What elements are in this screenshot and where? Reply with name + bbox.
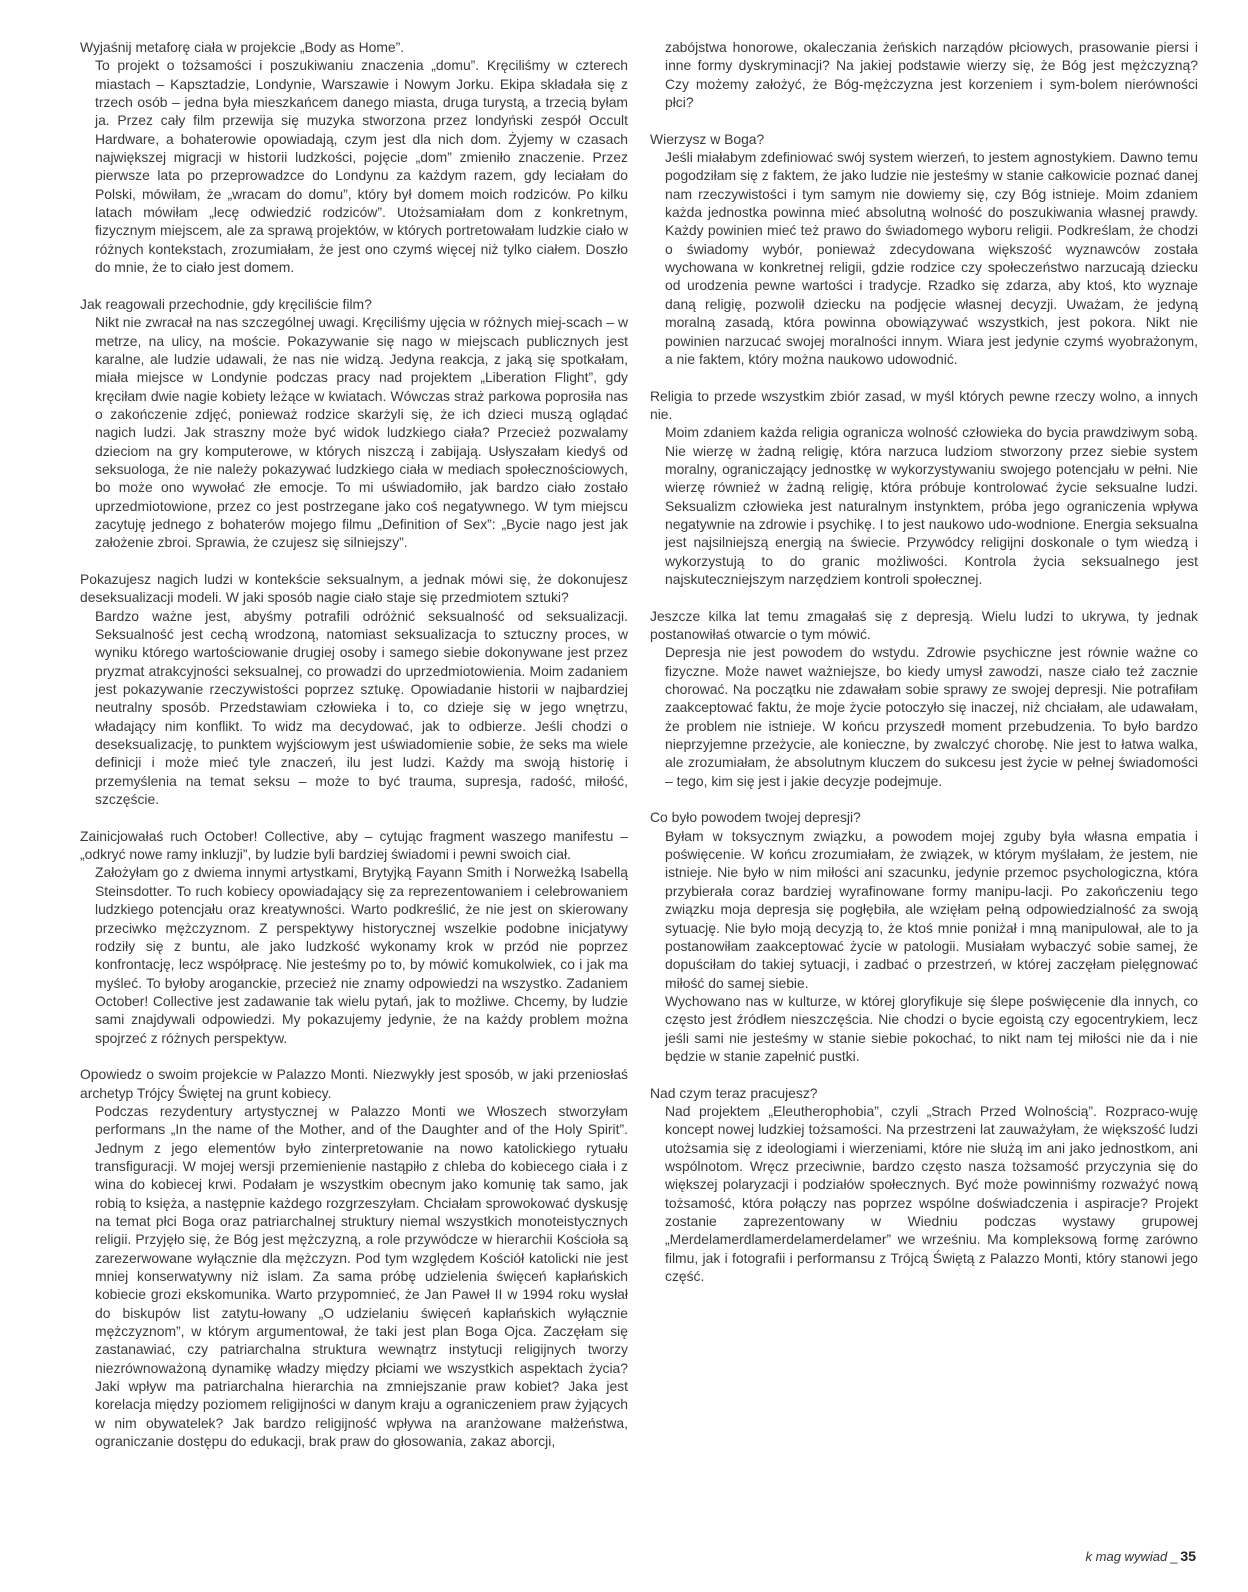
answer: Depresja nie jest powodem do wstydu. Zdr… <box>665 643 1198 790</box>
answer: Jeśli miałabym zdefiniować swój system w… <box>665 148 1198 368</box>
qa-block-desexualization: Pokazujesz nagich ludzi w kontekście sek… <box>80 570 628 808</box>
question: Jeszcze kilka lat temu zmagałaś się z de… <box>650 607 1198 644</box>
qa-block-body-as-home: Wyjaśnij metaforę ciała w projekcie „Bod… <box>80 38 628 276</box>
answer: Bardzo ważne jest, abyśmy potrafili odró… <box>95 607 628 809</box>
qa-block-october-collective: Zainicjowałaś ruch October! Collective, … <box>80 827 628 1047</box>
answer: Założyłam go z dwiema innymi artystkami,… <box>95 863 628 1046</box>
magazine-section-label: k mag wywiad <box>1086 1549 1168 1564</box>
footer-separator: _ <box>1170 1549 1177 1564</box>
question: Jak reagowali przechodnie, gdy kręciliśc… <box>80 295 628 313</box>
question: Wierzysz w Boga? <box>650 130 1198 148</box>
question: Opowiedz o swoim projekcie w Palazzo Mon… <box>80 1065 628 1102</box>
answer: Nad projektem „Eleutherophobia”, czyli „… <box>665 1102 1198 1285</box>
answer: Podczas rezydentury artystycznej w Palaz… <box>95 1102 628 1451</box>
answer: Byłam w toksycznym związku, a powodem mo… <box>665 827 1198 992</box>
answer-paragraph-2: Wychowano nas w kulturze, w której glory… <box>665 992 1198 1065</box>
qa-block-current-work: Nad czym teraz pracujesz? Nad projektem … <box>650 1084 1198 1286</box>
question: Co było powodem twojej depresji? <box>650 808 1198 826</box>
answer-continuation: zabójstwa honorowe, okaleczania żeńskich… <box>665 38 1198 111</box>
page-footer: k mag wywiad_35 <box>1086 1548 1196 1564</box>
left-column: Wyjaśnij metaforę ciała w projekcie „Bod… <box>80 38 628 1469</box>
qa-block-passersby: Jak reagowali przechodnie, gdy kręciliśc… <box>80 295 628 552</box>
qa-block-palazzo-monti: Opowiedz o swoim projekcie w Palazzo Mon… <box>80 1065 628 1450</box>
answer: Moim zdaniem każda religia ogranicza wol… <box>665 423 1198 588</box>
page-number: 35 <box>1180 1548 1196 1564</box>
answer-continuation-block: zabójstwa honorowe, okaleczania żeńskich… <box>650 38 1198 111</box>
qa-block-belief-in-god: Wierzysz w Boga? Jeśli miałabym zdefinio… <box>650 130 1198 368</box>
question: Pokazujesz nagich ludzi w kontekście sek… <box>80 570 628 607</box>
right-column: zabójstwa honorowe, okaleczania żeńskich… <box>650 38 1198 1304</box>
answer: To projekt o tożsamości i poszukiwaniu z… <box>95 56 628 276</box>
question: Nad czym teraz pracujesz? <box>650 1084 1198 1102</box>
question: Religia to przede wszystkim zbiór zasad,… <box>650 387 1198 424</box>
answer: Nikt nie zwracał na nas szczególnej uwag… <box>95 313 628 551</box>
question: Wyjaśnij metaforę ciała w projekcie „Bod… <box>80 38 628 56</box>
qa-block-depression-cause: Co było powodem twojej depresji? Byłam w… <box>650 808 1198 1065</box>
qa-block-religion-rules: Religia to przede wszystkim zbiór zasad,… <box>650 387 1198 589</box>
question: Zainicjowałaś ruch October! Collective, … <box>80 827 628 864</box>
qa-block-depression: Jeszcze kilka lat temu zmagałaś się z de… <box>650 607 1198 790</box>
